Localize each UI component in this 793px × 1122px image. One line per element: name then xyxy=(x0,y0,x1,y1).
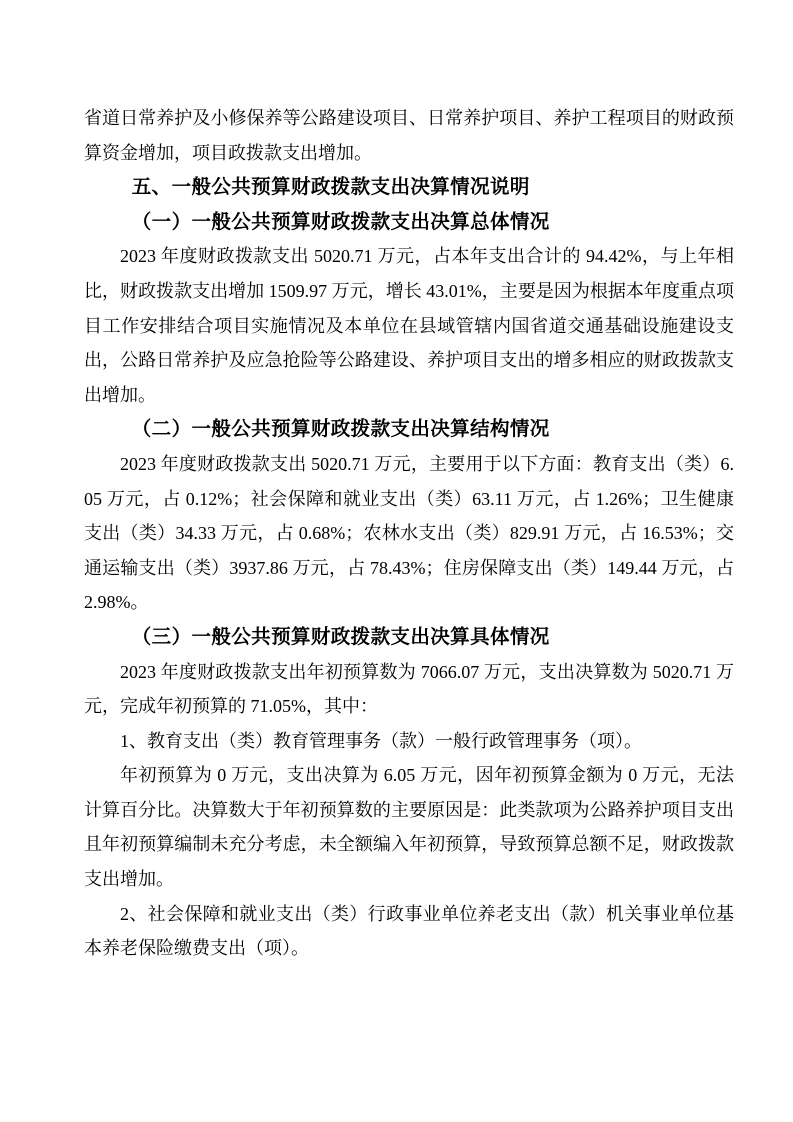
document-page: 省道日常养护及小修保养等公路建设项目、日常养护项目、养护工程项目的财政预算资金增… xyxy=(0,0,793,1122)
paragraph-continuation: 省道日常养护及小修保养等公路建设项目、日常养护项目、养护工程项目的财政预算资金增… xyxy=(84,101,734,170)
paragraph-item-1-education: 1、教育支出（类）教育管理事务（款）一般行政管理事务（项）。 xyxy=(84,724,734,759)
paragraph-specific-situation: 2023 年度财政拨款支出年初预算数为 7066.07 万元，支出决算数为 50… xyxy=(84,655,734,724)
paragraph-item-1-detail: 年初预算为 0 万元，支出决算为 6.05 万元，因年初预算金额为 0 万元，无… xyxy=(84,758,734,896)
subsection-heading-1: （一）一般公共预算财政拨款支出决算总体情况 xyxy=(84,205,734,240)
paragraph-item-2-social-security: 2、社会保障和就业支出（类）行政事业单位养老支出（款）机关事业单位基本养老保险缴… xyxy=(84,897,734,966)
paragraph-structure-situation: 2023 年度财政拨款支出 5020.71 万元，主要用于以下方面：教育支出（类… xyxy=(84,447,734,620)
subsection-heading-2: （二）一般公共预算财政拨款支出决算结构情况 xyxy=(84,412,734,447)
subsection-heading-3: （三）一般公共预算财政拨款支出决算具体情况 xyxy=(84,620,734,655)
paragraph-overall-situation: 2023 年度财政拨款支出 5020.71 万元，占本年支出合计的 94.42%… xyxy=(84,239,734,412)
section-heading-5: 五、一般公共预算财政拨款支出决算情况说明 xyxy=(84,170,734,205)
